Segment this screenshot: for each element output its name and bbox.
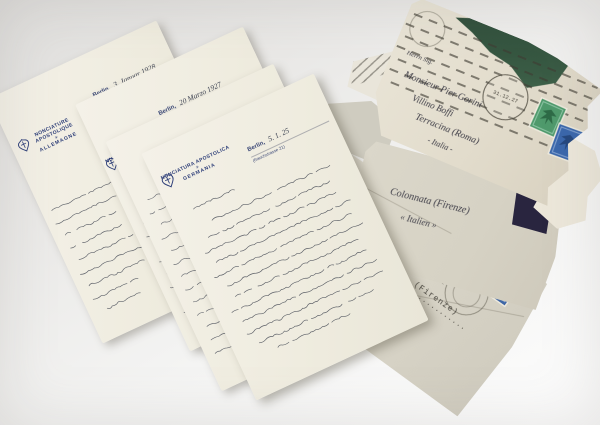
photo-of-letters-and-envelopes: erini (Firenze) ············· Colonnata …: [0, 0, 600, 425]
top-envelope-address-line4: - Italia -: [426, 136, 454, 154]
postmark-circle-faint: [404, 6, 451, 53]
middle-envelope-address-line2: « Italien »: [399, 212, 437, 231]
postmark-date: 31.12.27: [492, 90, 519, 105]
